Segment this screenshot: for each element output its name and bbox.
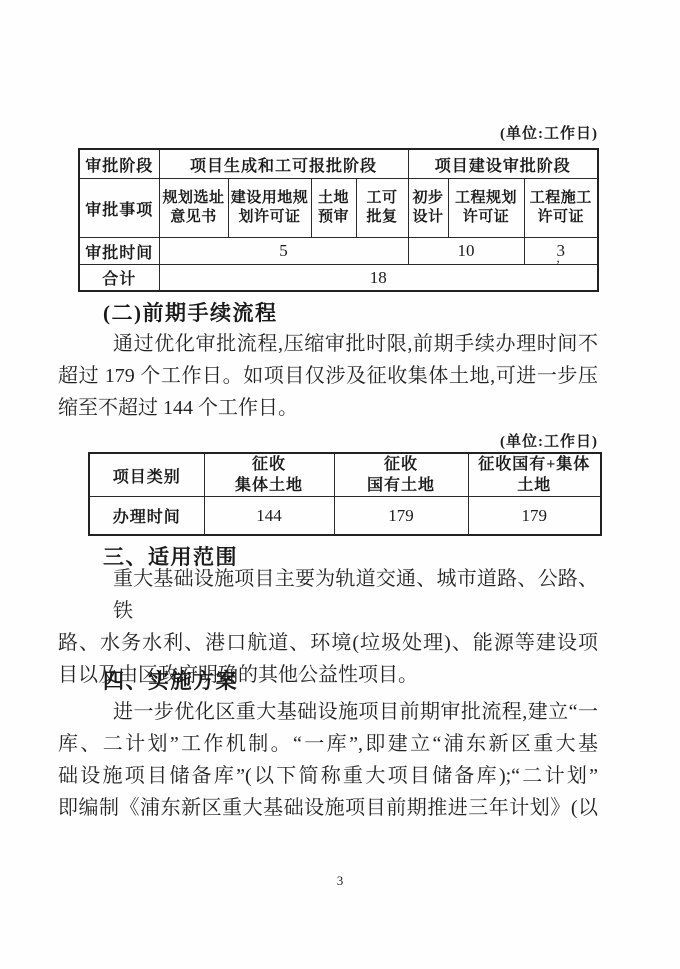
- cell-item-siting: 规划选址意见书: [159, 179, 228, 238]
- section-heading-4: 四、实施方案: [58, 665, 598, 695]
- table-row-processing-time: 办理时间 144 179 179: [89, 497, 601, 536]
- text-line: 重大基础设施项目主要为轨道交通、城市道路、公路、铁: [58, 563, 598, 627]
- cell-project-category-label: 项目类别: [89, 453, 204, 497]
- table-row-categories: 项目类别 征收集体土地 征收国有土地 征收国有+集体土地: [89, 453, 601, 497]
- cell-time-3: 3,: [524, 238, 598, 265]
- text-line: 通过优化审批流程,压缩审批时限,前期手续办理时间不: [58, 328, 598, 360]
- cell-line: 土地: [517, 477, 551, 494]
- cell-stage-generation: 项目生成和工可报批阶段: [159, 149, 408, 179]
- cell-line: 建设用地规: [231, 190, 309, 206]
- cell-line: 工程规划: [455, 190, 517, 206]
- cell-item-feasibility-approval: 工可批复: [356, 179, 408, 238]
- cell-state-land: 征收国有土地: [334, 453, 468, 497]
- approval-stages-table: 审批阶段 项目生成和工可报批阶段 项目建设审批阶段 审批事项 规划选址意见书 建…: [78, 148, 599, 292]
- cell-line: 国有土地: [367, 477, 435, 494]
- table-row-total: 合计 18: [79, 265, 598, 292]
- cell-approval-time-label: 审批时间: [79, 238, 159, 265]
- cell-line: 土地: [318, 190, 349, 206]
- cell-time-179b: 179: [468, 497, 601, 536]
- cell-time-144: 144: [204, 497, 334, 536]
- cell-line: 规划选址: [162, 190, 224, 206]
- cell-line: 许可证: [538, 209, 585, 225]
- cell-line: 征收: [384, 456, 418, 473]
- cell-total-label: 合计: [79, 265, 159, 292]
- text-line: 进一步优化区重大基础设施项目前期审批流程,建立“一: [58, 696, 598, 728]
- text-line: 即编制《浦东新区重大基础设施项目前期推进三年计划》(以: [58, 792, 598, 824]
- cell-line: 预审: [318, 209, 349, 225]
- text-line: 路、水务水利、港口航道、环境(垃圾处理)、能源等建设项: [58, 627, 598, 659]
- cell-state-plus-collective-land: 征收国有+集体土地: [468, 453, 601, 497]
- cell-line: 批复: [367, 209, 398, 225]
- unit-label-top: (单位:工作日): [500, 122, 598, 143]
- cell-line: 工可: [367, 190, 398, 206]
- scan-artifact: ,: [556, 251, 560, 265]
- cell-stage-construction: 项目建设审批阶段: [408, 149, 598, 179]
- cell-line: 工程施工: [530, 190, 592, 206]
- cell-item-preliminary-design: 初步设计: [408, 179, 448, 238]
- cell-item-project-planning-permit: 工程规划许可证: [448, 179, 524, 238]
- section-heading-2: (二)前期手续流程: [58, 297, 598, 327]
- cell-line: 设计: [413, 209, 444, 225]
- table-row-items: 审批事项 规划选址意见书 建设用地规划许可证 土地预审 工可批复 初步设计 工程…: [79, 179, 598, 238]
- table-row-stages: 审批阶段 项目生成和工可报批阶段 项目建设审批阶段: [79, 149, 598, 179]
- text-line: 库、二计划”工作机制。“一库”,即建立“浦东新区重大基: [58, 728, 598, 760]
- cell-total-18: 18: [159, 265, 598, 292]
- cell-collective-land: 征收集体土地: [204, 453, 334, 497]
- cell-approval-items-label: 审批事项: [79, 179, 159, 238]
- cell-approval-stage-label: 审批阶段: [79, 149, 159, 179]
- text-line: 础设施项目储备库”(以下简称重大项目储备库);“二计划”: [58, 760, 598, 792]
- cell-item-land-planning-permit: 建设用地规划许可证: [228, 179, 311, 238]
- cell-item-construction-permit: 工程施工许可证: [524, 179, 598, 238]
- paragraph-section-2: 通过优化审批流程,压缩审批时限,前期手续办理时间不 超过 179 个工作日。如项…: [58, 328, 598, 424]
- paragraph-section-4: 进一步优化区重大基础设施项目前期审批流程,建立“一 库、二计划”工作机制。“一库…: [58, 696, 598, 824]
- text-line: 超过 179 个工作日。如项目仅涉及征收集体土地,可进一步压: [58, 360, 598, 392]
- cell-line: 征收: [252, 456, 286, 473]
- page-number: 3: [0, 873, 680, 889]
- cell-line: 意见书: [170, 209, 217, 225]
- cell-item-land-prereview: 土地预审: [311, 179, 356, 238]
- cell-line: 划许可证: [238, 209, 300, 225]
- cell-line: 许可证: [463, 209, 510, 225]
- unit-label-middle: (单位:工作日): [500, 430, 598, 451]
- cell-time-5: 5: [159, 238, 408, 265]
- processing-time-table: 项目类别 征收集体土地 征收国有土地 征收国有+集体土地 办理时间 144 17…: [88, 452, 602, 536]
- cell-line: 征收国有+集体: [478, 456, 590, 473]
- text-line: 缩至不超过 144 个工作日。: [58, 392, 598, 424]
- cell-line: 初步: [413, 190, 444, 206]
- document-page: (单位:工作日) 审批阶段 项目生成和工可报批阶段 项目建设审批阶段 审批事项 …: [0, 0, 680, 969]
- cell-processing-time-label: 办理时间: [89, 497, 204, 536]
- cell-time-179a: 179: [334, 497, 468, 536]
- cell-line: 集体土地: [235, 477, 303, 494]
- cell-time-10: 10: [408, 238, 524, 265]
- table-row-approval-time: 审批时间 5 10 3,: [79, 238, 598, 265]
